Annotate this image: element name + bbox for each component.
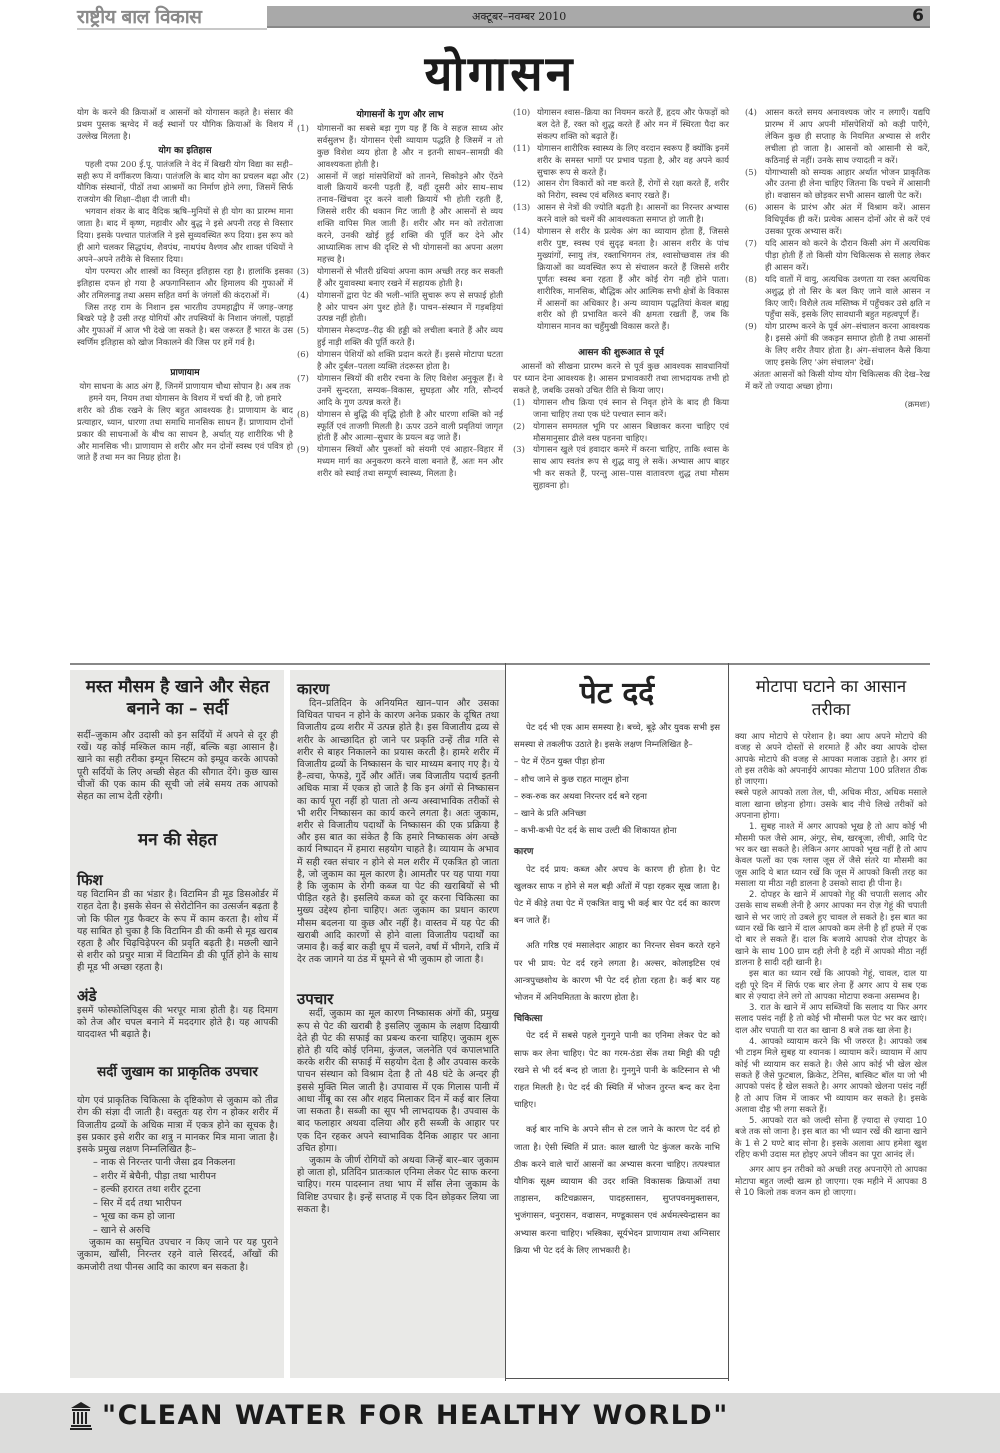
masthead-bar: अक्टूबर–नवम्बर 2010 6 bbox=[267, 6, 930, 28]
cold-symptom-list: नाक से निरन्तर पानी जैसा द्रव निकलना शरी… bbox=[77, 1156, 278, 1237]
publication-name: राष्ट्रीय बाल विकास bbox=[77, 6, 267, 28]
yoga-column-2: योगासनों के गुण और लाभ (1)योगासनों का सब… bbox=[297, 107, 503, 480]
closing-paragraph: अंततः आसनों को किसी योग्य योग चिकित्सक क… bbox=[745, 369, 930, 393]
list-item: (11)योगासन शारीरिक स्वास्थ्य के लिए वरदा… bbox=[513, 143, 729, 179]
precautions-heading: आसन की शुरूआत से पूर्व bbox=[513, 348, 729, 360]
issue-date: अक्टूबर–नवम्बर 2010 bbox=[472, 9, 566, 24]
list-item: खाने से अरुचि bbox=[93, 1224, 278, 1238]
obesity-step: 2. दोपहर के खाने में आपको गेहू की चपाती … bbox=[735, 890, 927, 969]
stomach-cause-text: पेट दर्द प्राय: कब्ज और अपच के कारण ही ह… bbox=[514, 862, 720, 931]
pranayama-paragraph: योग साधना के आठ अंग हैं, जिनमें प्राणाया… bbox=[77, 381, 293, 405]
intro-paragraph: योग के करने की क्रियाओं व आसनों को योगास… bbox=[77, 107, 293, 143]
list-item: (6)योगासन पेशियों को शक्ति प्रदान करते ह… bbox=[297, 349, 503, 373]
fish-heading: फिश bbox=[77, 871, 278, 889]
list-item: (8)योगासन से बुद्धि की वृद्धि होती है और… bbox=[297, 409, 503, 445]
stomach-treatment-text: कई बार नाभि के अपने सीन से टल जाने के का… bbox=[514, 1122, 720, 1260]
cause-heading: कारण bbox=[297, 680, 499, 698]
list-item: (2)आसनों में जहां मांसपेशियों को तानने, … bbox=[297, 171, 503, 266]
list-item: शरीर में बेचैनी, पीड़ा तथा भारीपन bbox=[93, 1170, 278, 1184]
list-item: सिर में दर्द तथा भारीपन bbox=[93, 1197, 278, 1211]
list-item: (7)योगासन स्त्रियों की शरीर रचना के लिए … bbox=[297, 373, 503, 409]
list-item: हल्की हरारत तथा शरीर टूटना bbox=[93, 1183, 278, 1197]
egg-text: इसमें फोस्फोलिपिड्स की भरपूर मात्रा होती… bbox=[77, 1005, 278, 1042]
obesity-title: मोटापा घटाने का आसान तरीका bbox=[735, 676, 927, 722]
footer-banner: "CLEAN WATER FOR HEALTHY WORLD" bbox=[0, 1393, 1000, 1453]
list-item: (3)योगासन खुले एवं हवादार कमरे में करना … bbox=[513, 444, 729, 492]
obesity-closing: अगर आप इन तरीको को अच्छी तरह अपनाऐंगे तो… bbox=[735, 1165, 927, 1199]
winter-intro: सर्दी–जुकाम और उदासी को इन सर्दियों में … bbox=[77, 730, 278, 803]
history-paragraph: योग परम्परा और शास्त्रों का विस्तृत इतिह… bbox=[77, 266, 293, 302]
list-item: कभी-कभी पेट दर्द के साथ उल्टी की शिकायत … bbox=[514, 823, 720, 840]
list-item: (14)योगासन से शरीर के प्रत्येक अंग का व्… bbox=[513, 226, 729, 333]
stomach-cause-heading: कारण bbox=[514, 844, 720, 861]
benefits-heading: योगासनों के गुण और लाभ bbox=[297, 110, 503, 122]
history-paragraph: भगवान शंकर के बाद वैदिक ऋषि–मुनियों से ह… bbox=[77, 206, 293, 266]
list-item: नाक से निरन्तर पानी जैसा द्रव निकलना bbox=[93, 1156, 278, 1170]
footer-slogan: "CLEAN WATER FOR HEALTHY WORLD" bbox=[70, 1400, 729, 1431]
stomach-treatment-text: पेट दर्द में सबसे पहले गुनगुने पानी का ए… bbox=[514, 1028, 720, 1114]
history-paragraph: जिस तरह राम के निशान इस भारतीय उपमहाद्वी… bbox=[77, 302, 293, 350]
list-item: (5)योगाभ्यासी को सम्यक आहार अर्थात भोजन … bbox=[745, 167, 930, 203]
temple-pillars-icon bbox=[70, 1401, 92, 1431]
slogan-text: "CLEAN WATER FOR HEALTHY WORLD" bbox=[102, 1400, 729, 1431]
continued-label: (क्रमशः) bbox=[745, 399, 930, 411]
list-item: (8)यदि वातों में वायु, अत्यधिक उश्णता या… bbox=[745, 274, 930, 322]
stomach-intro: पेट दर्द भी एक आम समस्या है। बच्चे, बूढ़… bbox=[514, 720, 720, 754]
treatment-text: जुकाम के जीर्ण रोगियों को अथवा जिन्हें ब… bbox=[297, 1155, 499, 1216]
cause-text: दिन–प्रतिदिन के अनियमित खान–पान और उसका … bbox=[297, 698, 499, 966]
list-item: (10)योगासन श्वास–क्रिया का नियमन करते है… bbox=[513, 107, 729, 143]
precautions-list: (1)योगासन शौच क्रिया एवं स्नान से निवृत … bbox=[513, 397, 729, 492]
treatment-heading: उपचार bbox=[297, 990, 499, 1008]
yoga-column-3: (10)योगासन श्वास–क्रिया का नियमन करते है… bbox=[513, 107, 729, 492]
history-heading: योग का इतिहास bbox=[77, 146, 293, 158]
list-item: (5)योगासन मेरूदण्ड–रीढ़ की हड्डी को लचील… bbox=[297, 325, 503, 349]
list-item: (2)योगासन सममतल भूमि पर आसन बिछाकर करना … bbox=[513, 421, 729, 445]
list-item: भूख का कम हो जाना bbox=[93, 1210, 278, 1224]
winter-health-article: मस्त मौसम है खाने और सेहत बनाने का – सर्… bbox=[77, 676, 278, 1274]
obesity-article: मोटापा घटाने का आसान तरीका क्या आप मोटाप… bbox=[735, 676, 927, 1199]
list-item: खाने के प्रति अनिच्छा bbox=[514, 806, 720, 823]
obesity-step: इस बात का ध्यान रखें कि आपको गेहूं, चावल… bbox=[735, 969, 927, 1003]
list-item: (6)आसन के प्रारंभ और अंत में विश्राम करे… bbox=[745, 202, 930, 238]
yoga-column-4: (4)आसन करते समय अनावश्यक जोर न लगाएँ। यद… bbox=[745, 107, 930, 411]
masthead: राष्ट्रीय बाल विकास अक्टूबर–नवम्बर 2010 … bbox=[77, 6, 930, 28]
section-divider bbox=[70, 663, 930, 665]
fish-text: यह विटामिन डी का भंडार है। विटामिन डी मू… bbox=[77, 889, 278, 974]
list-item: पेट में ऐंठन युक्त पीड़ा होना bbox=[514, 754, 720, 771]
list-item: (7)यदि आसन को करने के दौरान किसी अंग में… bbox=[745, 238, 930, 274]
obesity-paragraph: स्बसे पहले आपको तला तेल, घी, अधिक मीठा, … bbox=[735, 788, 927, 822]
stomach-treatment-heading: चिकित्सा bbox=[514, 1011, 720, 1028]
precautions-intro: आसनों को सीखना प्रारम्भ करने से पूर्व कु… bbox=[513, 361, 729, 397]
pranayama-paragraph: शरीर को ठीक रखने के लिए बहुत आवश्यक है। … bbox=[77, 405, 293, 465]
list-item: (1)योगासन शौच क्रिया एवं स्नान से निवृत … bbox=[513, 397, 729, 421]
list-item: (1)योगासनों का सबसे बड़ा गुण यह हैं कि व… bbox=[297, 123, 503, 171]
obesity-paragraph: क्या आप मोटापे से परेशान है। क्या आप अपन… bbox=[735, 732, 927, 788]
column-divider bbox=[728, 663, 729, 1381]
column-divider bbox=[505, 663, 506, 1381]
list-item: (3)योगासनों से भीतरी ग्रंथियां अपना काम … bbox=[297, 266, 503, 290]
list-item: शौच जाने से कुछ राहत मालूम होना bbox=[514, 772, 720, 789]
treatment-text: सर्दी, जुकाम का मूल कारण निष्कासक अंगों … bbox=[297, 1008, 499, 1154]
stomach-title: पेट दर्द bbox=[514, 672, 720, 716]
history-paragraph: पहली दफा 200 ई.पू. पातंजलि ने वेद में बि… bbox=[77, 159, 293, 207]
egg-heading: अंडे bbox=[77, 987, 278, 1005]
cold-closing: जुकाम का समुचित उपचार न किए जाने पर यह प… bbox=[77, 1237, 278, 1274]
obesity-step: 4. आपको व्यायाम करने कि भी जरुरत है। आपक… bbox=[735, 1037, 927, 1116]
page-number: 6 bbox=[912, 6, 924, 26]
page-title: योगासन bbox=[0, 44, 1000, 104]
masthead-underline bbox=[77, 28, 267, 30]
stomach-symptom-list: पेट में ऐंठन युक्त पीड़ा होना शौच जाने स… bbox=[514, 754, 720, 840]
stomach-cause-text: अति गरिष्ठ एवं मसालेदार आहार का निरन्तर … bbox=[514, 938, 720, 1007]
list-item: (4)आसन करते समय अनावश्यक जोर न लगाएँ। यद… bbox=[745, 107, 930, 167]
obesity-step: 3. रात के खाने में आप सब्जियों कि सलाद य… bbox=[735, 1003, 927, 1037]
mind-health-heading: मन की सेहत bbox=[77, 829, 278, 851]
benefits-list: (1)योगासनों का सबसे बड़ा गुण यह हैं कि व… bbox=[297, 123, 503, 480]
list-item: (13)आसन से नेत्रों की ज्योति बढ़ती है। आ… bbox=[513, 202, 729, 226]
precautions-list-continued: (4)आसन करते समय अनावश्यक जोर न लगाएँ। यद… bbox=[745, 107, 930, 369]
obesity-step: 5. आपको रात को जल्दी सोना हैं ज़्यादा से… bbox=[735, 1116, 927, 1161]
list-item: (9)योग प्रारम्भ करने के पूर्व अंग–संचालन… bbox=[745, 321, 930, 369]
cold-remedy-text: योग एवं प्राकृतिक चिकित्सा के दृष्टिकोण … bbox=[77, 1095, 278, 1156]
list-item: (4)योगासनों द्वारा पेट की भली–भांति सुचा… bbox=[297, 290, 503, 326]
benefits-list-continued: (10)योगासन श्वास–क्रिया का नियमन करते है… bbox=[513, 107, 729, 333]
list-item: (12)आसन रोग विकारों को नष्ट करते हैं, रो… bbox=[513, 178, 729, 202]
box-bottom-rule bbox=[505, 1378, 728, 1379]
yoga-column-1: योग के करने की क्रियाओं व आसनों को योगास… bbox=[77, 107, 293, 464]
list-item: रुक-रुक कर अथवा निरन्तर दर्द बने रहना bbox=[514, 789, 720, 806]
list-item: (9)योगासन स्त्रियों और पुरूशों को संयमी … bbox=[297, 444, 503, 480]
winter-title: मस्त मौसम है खाने और सेहत बनाने का – सर्… bbox=[77, 676, 278, 720]
cold-cause-article: कारण दिन–प्रतिदिन के अनियमित खान–पान और … bbox=[297, 680, 499, 1216]
obesity-step: 1. सुबह नाश्ते में अगर आपको भूख है तो आप… bbox=[735, 822, 927, 890]
pranayama-heading: प्राणायाम bbox=[77, 368, 293, 380]
cold-remedy-heading: सर्दी जुखाम का प्राकृतिक उपचार bbox=[77, 1063, 278, 1081]
stomach-ache-article: पेट दर्द पेट दर्द भी एक आम समस्या है। बच… bbox=[514, 672, 720, 1260]
